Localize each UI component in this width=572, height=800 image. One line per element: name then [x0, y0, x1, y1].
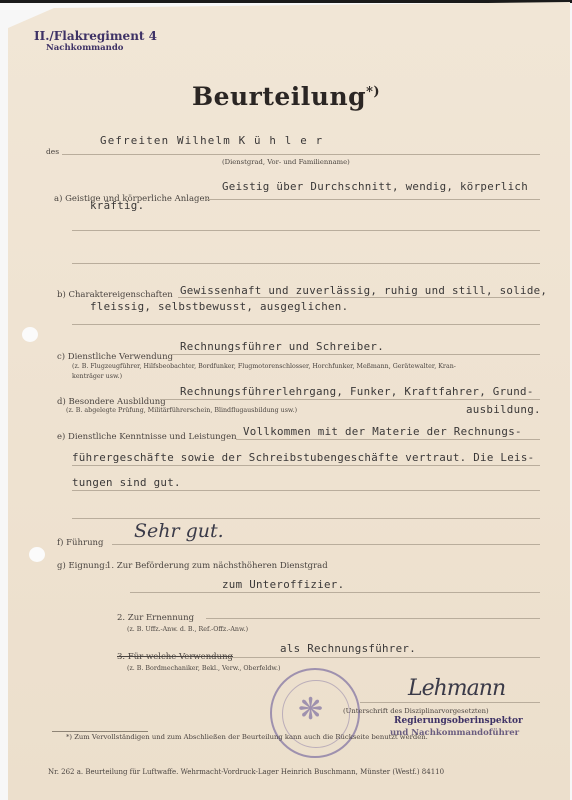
- section-e-line1: Vollkommen mit der Materie der Rechnungs…: [243, 425, 522, 438]
- section-b-line1: Gewissenhaft und zuverlässig, ruhig und …: [180, 284, 547, 297]
- section-b-label: b) Charaktereigenschaften: [57, 290, 173, 300]
- rule: [206, 618, 540, 619]
- rule: [72, 518, 540, 519]
- section-d-label: d) Besondere Ausbildung: [57, 397, 166, 407]
- rule: [72, 465, 540, 466]
- punch-hole: [22, 327, 38, 342]
- section-b-line2: fleissig, selbstbewusst, ausgeglichen.: [90, 300, 348, 313]
- rule: [170, 354, 540, 355]
- subject-value: Gefreiten Wilhelm K ü h l e r: [100, 134, 323, 147]
- section-e-label: e) Dienstliche Kenntnisse und Leistungen: [57, 432, 237, 442]
- section-c-label: c) Dienstliche Verwendung: [57, 352, 173, 362]
- rule: [112, 544, 540, 545]
- rule: [62, 154, 540, 155]
- section-e-line2: führergeschäfte sowie der Schreibstubeng…: [72, 451, 534, 464]
- section-d-hint: (z. B. abgelegte Prüfung, Militärführers…: [66, 407, 297, 414]
- form-imprint: Nr. 262 a. Beurteilung für Luftwaffe. We…: [48, 768, 444, 776]
- rule: [360, 702, 540, 703]
- rule: [72, 263, 540, 264]
- section-g-item2-hint: (z. B. Uffz.-Anw. d. B., Ref.-Offz.-Anw.…: [127, 626, 248, 633]
- section-g-item2-label: 2. Zur Ernennung: [117, 613, 194, 623]
- conduct-handwritten: Sehr gut.: [134, 520, 224, 542]
- footnote-rule: [52, 731, 148, 732]
- page-title: Beurteilung*): [0, 82, 572, 111]
- rule: [178, 297, 540, 298]
- section-c-hint2: kenträger usw.): [72, 373, 122, 380]
- punch-hole: [29, 547, 45, 562]
- section-c-hint1: (z. B. Flugzeugführer, Hilfsbeobachter, …: [72, 363, 456, 370]
- section-g-item1-label: 1. Zur Beförderung zum nächsthöheren Die…: [106, 561, 328, 571]
- rank-stamp-line1: Regierungsoberinspektor: [394, 716, 523, 726]
- unit-stamp-line2: Nachkommando: [46, 44, 157, 53]
- section-f-label: f) Führung: [57, 538, 103, 548]
- signature-caption: (Unterschrift des Disziplinarvorgesetzte…: [343, 707, 489, 715]
- subject-prefix: des: [46, 147, 59, 156]
- unit-stamp-line1: II./Flakregiment 4: [34, 30, 157, 42]
- unit-stamp: II./Flakregiment 4 Nachkommando: [34, 30, 157, 53]
- title-footnote-mark: *): [366, 85, 380, 100]
- section-g-item3-label: 3. Für welche Verwendung: [117, 652, 233, 662]
- rule: [230, 657, 540, 658]
- rule: [72, 490, 540, 491]
- eagle-seal-icon: ❋: [298, 692, 323, 727]
- title-text: Beurteilung: [192, 82, 366, 111]
- section-g-item3-value: als Rechnungsführer.: [280, 642, 416, 655]
- section-g-item1-value: zum Unteroffizier.: [222, 578, 344, 591]
- rule: [236, 439, 540, 440]
- section-e-line3: tungen sind gut.: [72, 476, 181, 489]
- section-g-label: g) Eignung:: [57, 561, 108, 571]
- subject-hint: (Dienstgrad, Vor- und Familienname): [222, 158, 350, 166]
- scan-edge: [0, 0, 572, 3]
- rule: [130, 592, 540, 593]
- section-c-value: Rechnungsführer und Schreiber.: [180, 340, 384, 353]
- rule: [206, 199, 540, 200]
- section-d-line1: Rechnungsführerlehrgang, Funker, Kraftfa…: [180, 385, 534, 398]
- section-a-line1: Geistig über Durchschnitt, wendig, körpe…: [222, 180, 528, 193]
- section-g-item3-hint: (z. B. Bordmechaniker, Bekl., Verw., Obe…: [127, 665, 281, 672]
- rule: [72, 324, 540, 325]
- section-d-line2: ausbildung.: [466, 403, 541, 416]
- section-a-line2: kräftig.: [90, 199, 144, 212]
- rule: [160, 399, 540, 400]
- footnote: *) Zum Vervollständigen und zum Abschlie…: [66, 733, 428, 741]
- rule: [72, 230, 540, 231]
- commander-signature: Lehmann: [408, 676, 505, 701]
